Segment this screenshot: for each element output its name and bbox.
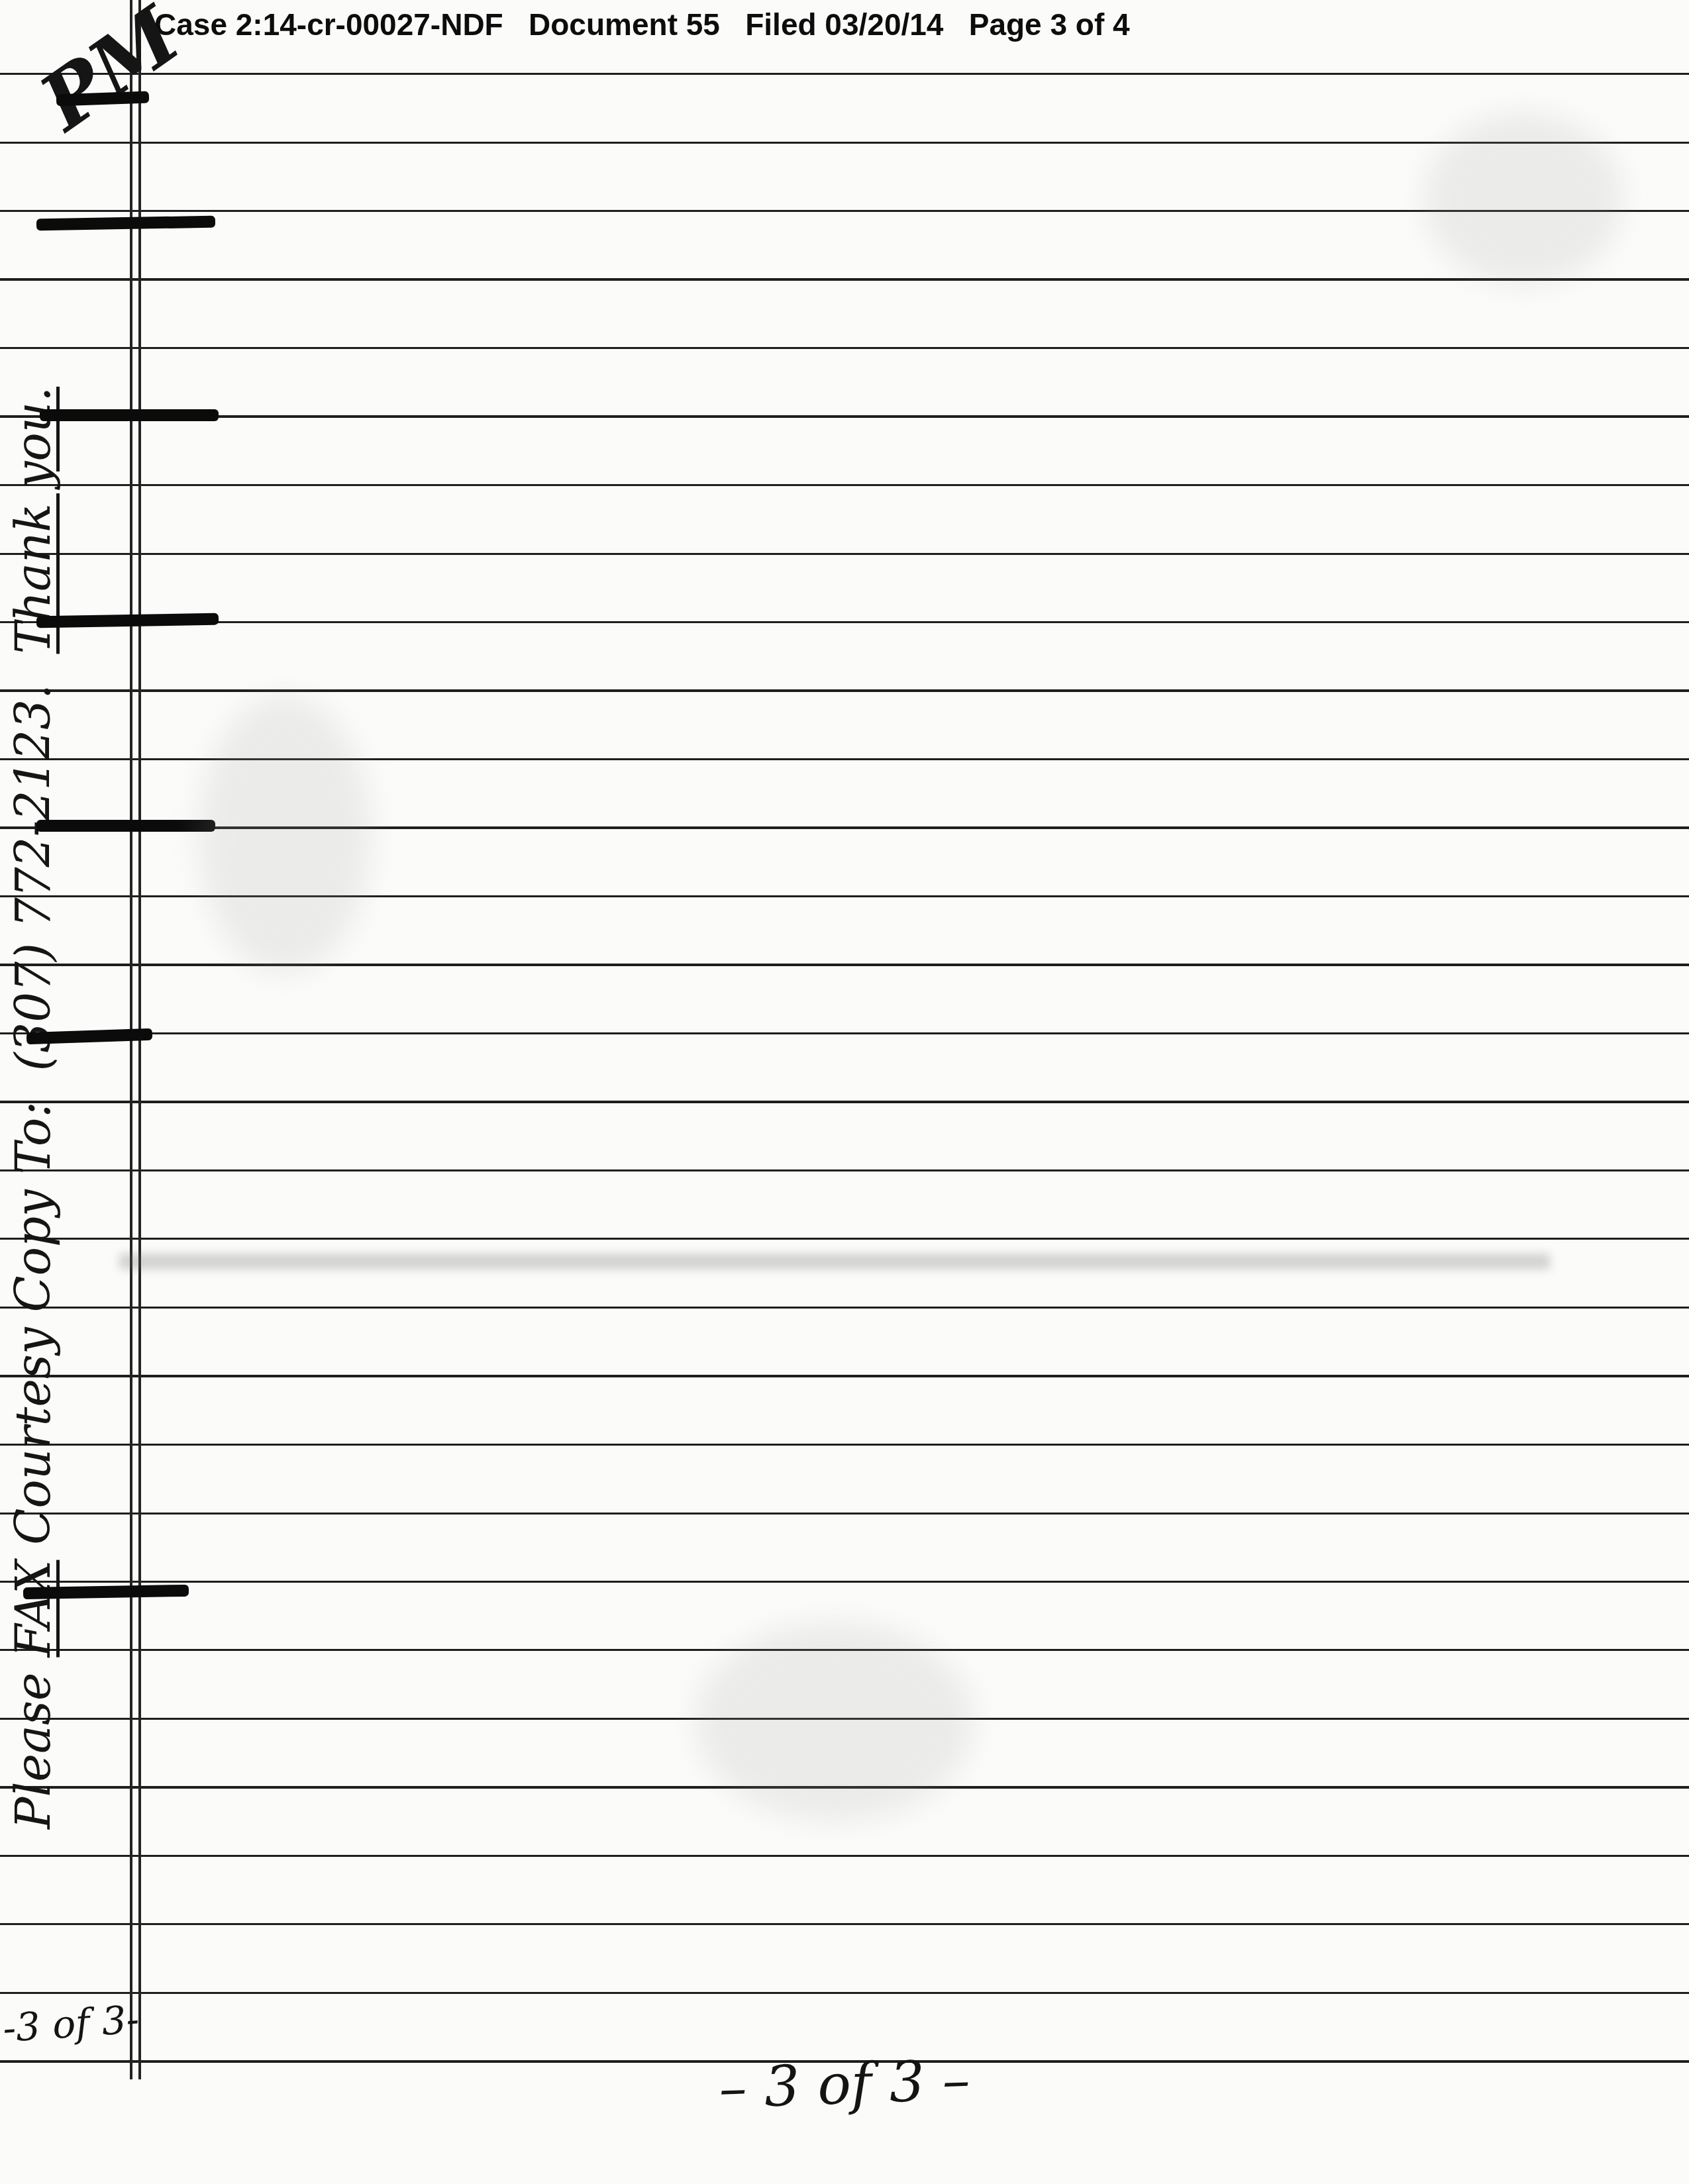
ink-smudge <box>36 820 215 832</box>
footer-page-number: – 3 of 3 – <box>718 2047 972 2120</box>
margin-page-marker: -3 of 3- <box>1 1997 141 2051</box>
scan-artifact <box>1424 113 1623 285</box>
ink-smudge <box>40 409 219 421</box>
scan-artifact <box>119 1254 1550 1269</box>
scan-artifact <box>695 1622 974 1821</box>
margin-fax-note: Please FAX Courtesy Copy To: (307) 772-2… <box>5 387 61 1829</box>
case-header: Case 2:14-cr-00027-NDF Document 55 Filed… <box>154 7 1130 42</box>
scanned-document-page: Case 2:14-cr-00027-NDF Document 55 Filed… <box>0 0 1689 2184</box>
scan-artifact <box>199 695 371 973</box>
